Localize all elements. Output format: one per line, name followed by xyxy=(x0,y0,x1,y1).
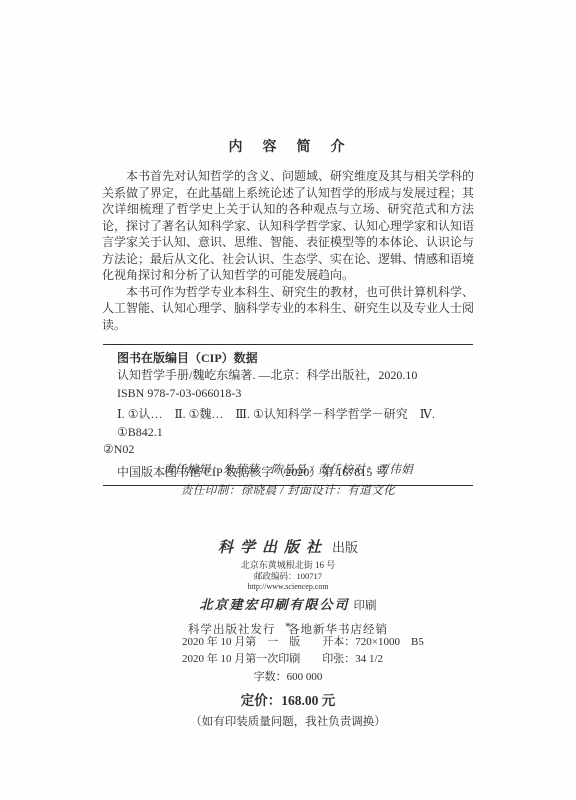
cip-header: 图书在版编目（CIP）数据 xyxy=(103,350,473,367)
cip-classification-line-2: ②N02 xyxy=(103,441,473,459)
separator-asterisk: * xyxy=(103,621,473,631)
publisher-website: http://www.sciencep.com xyxy=(103,582,473,592)
word-count: 字数：600 000 xyxy=(103,668,473,684)
cip-isbn: ISBN 978-7-03-066018-3 xyxy=(103,385,473,403)
intro-paragraph-1: 本书首先对认知哲学的含义、问题域、研究维度及其与相关学科的关系做了界定，在此基础… xyxy=(102,168,474,284)
publisher-suffix: 出版 xyxy=(332,540,358,555)
publisher-address: 北京东黄城根北街 16 号 xyxy=(103,560,473,571)
credits-section: 责任编辑：朱萍萍 陈晶晶 / 责任校对：贾伟娟 责任印制：徐晓晨 / 封面设计：… xyxy=(103,461,473,503)
publisher-logo-script: 科学出版社 xyxy=(218,540,328,556)
cip-classification-line-1: Ⅰ. ①认… Ⅱ. ①魏… Ⅲ. ①认知科学－科学哲学－研究 Ⅳ. ①B842.… xyxy=(103,406,473,441)
printer-line: 北京建宏印刷有限公司 印刷 xyxy=(103,594,473,614)
book-copyright-page: 内 容 简 介 本书首先对认知哲学的含义、问题域、研究维度及其与相关学科的关系做… xyxy=(0,0,576,800)
price: 定价：168.00 元 xyxy=(103,689,473,709)
edition-lines: 2020 年 10 月第 一 版 开本：720×1000 B5 2020 年 1… xyxy=(182,634,394,667)
cip-title-line: 认知哲学手册/魏屹东编著. —北京：科学出版社，2020.10 xyxy=(103,367,473,385)
content-summary-section: 内 容 简 介 本书首先对认知哲学的含义、问题域、研究维度及其与相关学科的关系做… xyxy=(102,136,474,333)
page-title: 内 容 简 介 xyxy=(102,136,474,156)
edition-printing-line: 2020 年 10 月第一次印刷 印张：34 1/2 xyxy=(182,651,394,668)
credits-printing-line: 责任印制：徐晓晨 / 封面设计：有道文化 xyxy=(103,482,473,498)
edition-first-line: 2020 年 10 月第 一 版 开本：720×1000 B5 xyxy=(182,634,394,651)
publisher-line: 科学出版社 出版 xyxy=(103,536,473,557)
quality-note: （如有印装质量问题，我社负责调换） xyxy=(103,713,473,729)
publisher-postcode: 邮政编码：100717 xyxy=(103,571,473,582)
credits-editors-line: 责任编辑：朱萍萍 陈晶晶 / 责任校对：贾伟娟 xyxy=(103,461,473,477)
intro-paragraph-2: 本书可作为哲学专业本科生、研究生的教材，也可供计算机科学、人工智能、认知心理学、… xyxy=(102,284,474,334)
printer-logo-script: 北京建宏印刷有限公司 xyxy=(199,597,349,612)
printer-suffix: 印刷 xyxy=(354,600,377,612)
edition-section: * 2020 年 10 月第 一 版 开本：720×1000 B5 2020 年… xyxy=(103,621,473,729)
